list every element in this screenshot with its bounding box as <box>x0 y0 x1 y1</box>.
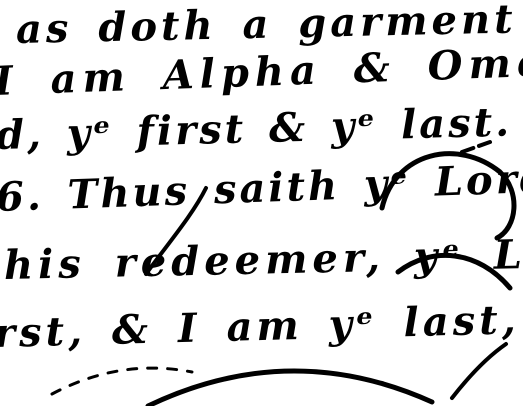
manuscript-page: as doth a garment -: I am Alpha & Omega … <box>0 0 523 406</box>
manuscript-line-3: d, yᵉ first & yᵉ last. <box>0 102 513 155</box>
manuscript-line-5: his redeemer, yᵉ Lord <box>4 233 523 286</box>
manuscript-line-4: 6. Thus saith yᵉ Lord, <box>0 158 523 218</box>
flourish-bottom-curve <box>148 371 432 406</box>
flourish-dashed-curve <box>52 368 192 394</box>
flourish-bottom-right-stroke <box>452 344 506 398</box>
manuscript-line-6: rst, & I am yᵉ last, & b <box>0 297 523 354</box>
